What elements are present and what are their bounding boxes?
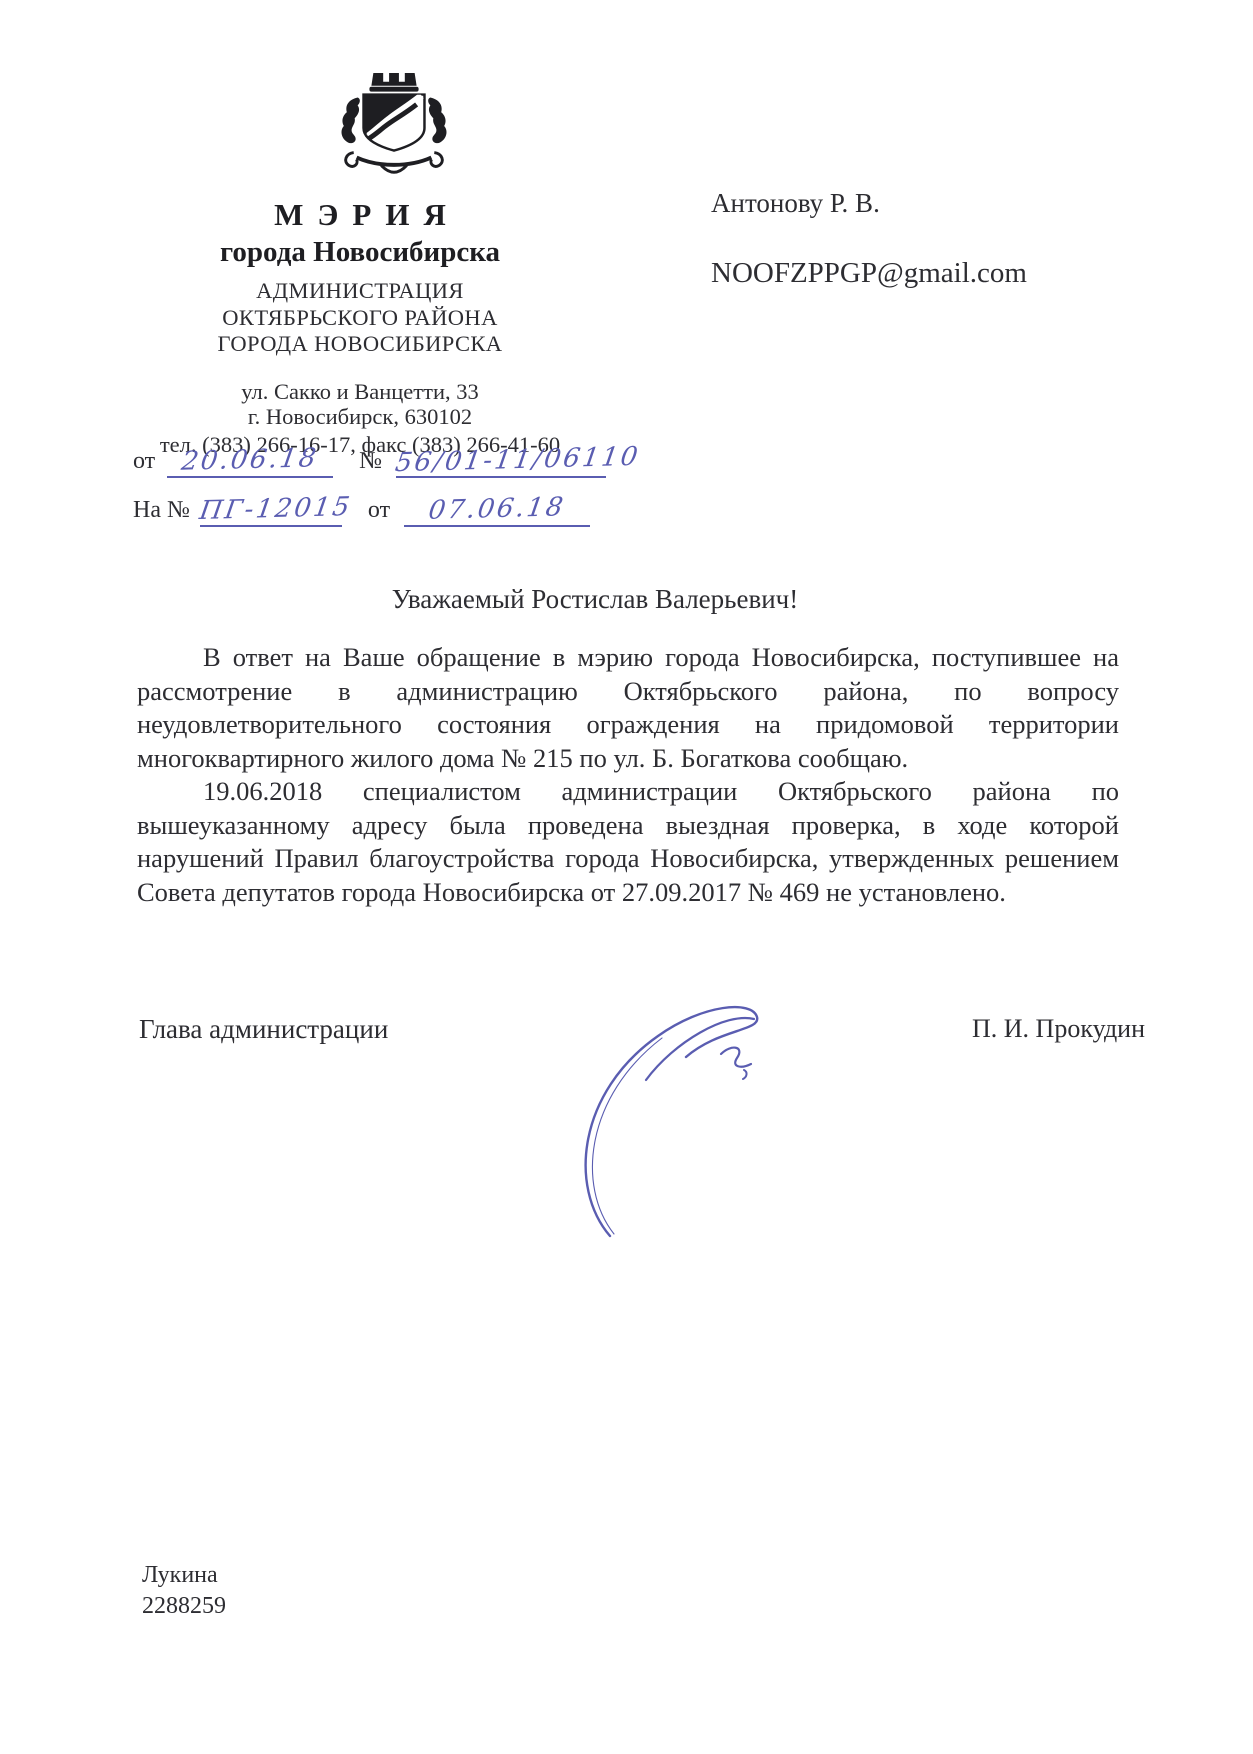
recipient-name: Антонову Р. В. <box>711 188 1027 219</box>
incoming-reference-row: На № ПГ-12015 от 07.06.18 <box>133 485 633 527</box>
address-line: г. Новосибирск, 630102 <box>130 404 590 430</box>
signer-name: П. И. Прокудин <box>972 1014 1145 1044</box>
scanned-letter-page: МЭРИЯ города Новосибирска АДМИНИСТРАЦИЯ … <box>0 0 1253 1754</box>
outgoing-reference-row: от 20.06.18 № 56/01-11/06110 <box>133 436 633 478</box>
incoming-number-field: ПГ-12015 <box>200 494 342 527</box>
outgoing-number-field: 56/01-11/06110 <box>396 445 606 478</box>
handwritten-signature <box>528 972 828 1249</box>
executor-phone: 2288259 <box>142 1591 226 1622</box>
letterhead: МЭРИЯ города Новосибирска АДМИНИСТРАЦИЯ … <box>130 70 590 458</box>
incoming-number-label: На № <box>133 497 190 527</box>
body-paragraph: В ответ на Ваше обращение в мэрию города… <box>137 641 1119 775</box>
signer-position: Глава администрации <box>139 1014 388 1045</box>
incoming-number-handwritten: ПГ-12015 <box>197 492 354 526</box>
outgoing-date-handwritten: 20.06.18 <box>180 443 321 477</box>
recipient-email: NOOFZPPGP@gmail.com <box>711 257 1027 290</box>
department-line: ОКТЯБРЬСКОГО РАЙОНА <box>130 305 590 332</box>
outgoing-number-label: № <box>359 448 382 478</box>
address-line: ул. Сакко и Ванцетти, 33 <box>130 379 590 405</box>
letter-body: В ответ на Ваше обращение в мэрию города… <box>137 641 1119 909</box>
incoming-date-field: 07.06.18 <box>404 494 590 527</box>
department-name: АДМИНИСТРАЦИЯ ОКТЯБРЬСКОГО РАЙОНА ГОРОДА… <box>130 278 590 358</box>
incoming-date-handwritten: 07.06.18 <box>427 492 568 526</box>
postal-address: ул. Сакко и Ванцетти, 33 г. Новосибирск,… <box>130 379 590 430</box>
novosibirsk-coat-of-arms-icon <box>330 70 458 191</box>
outgoing-date-label: от <box>133 448 155 478</box>
salutation: Уважаемый Ростислав Валерьевич! <box>0 584 1190 615</box>
department-line: ГОРОДА НОВОСИБИРСКА <box>130 331 590 358</box>
executor-name: Лукина <box>142 1560 226 1591</box>
incoming-date-label: от <box>368 497 390 527</box>
outgoing-number-handwritten: 56/01-11/06110 <box>393 442 642 478</box>
body-paragraph: 19.06.2018 специалистом администрации Ок… <box>137 775 1119 909</box>
org-name: МЭРИЯ <box>130 197 590 233</box>
executor-block: Лукина 2288259 <box>142 1560 226 1622</box>
recipient-block: Антонову Р. В. NOOFZPPGP@gmail.com <box>711 188 1027 290</box>
org-name-city: города Новосибирска <box>130 236 590 269</box>
department-line: АДМИНИСТРАЦИЯ <box>130 278 590 305</box>
outgoing-date-field: 20.06.18 <box>167 445 333 478</box>
reference-block: от 20.06.18 № 56/01-11/06110 На № ПГ-120… <box>133 436 633 527</box>
